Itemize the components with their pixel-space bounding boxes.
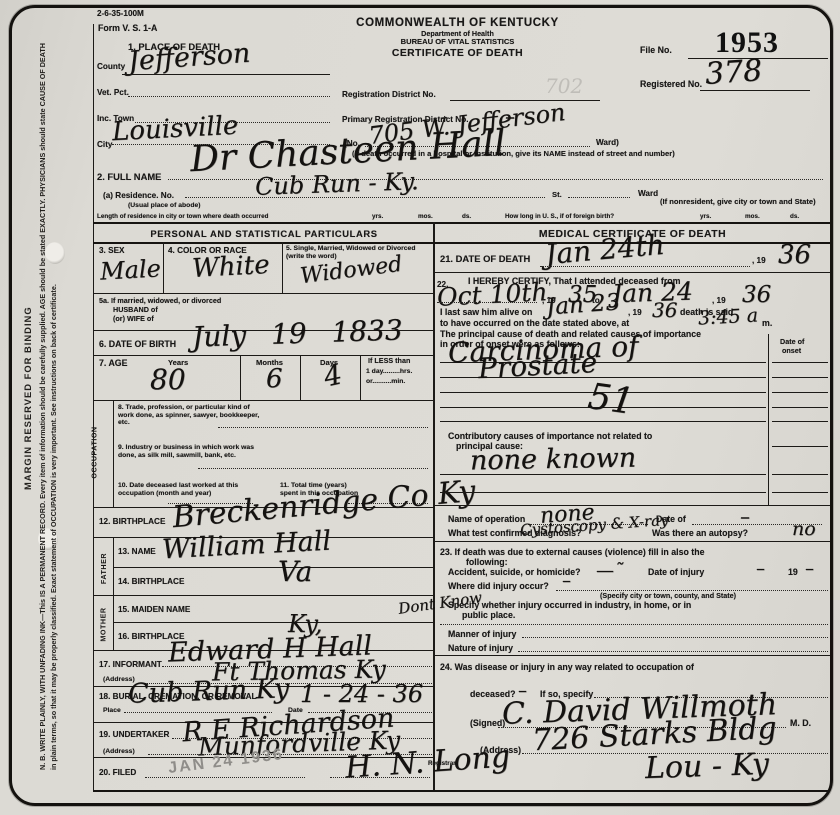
divider: [128, 96, 330, 97]
divider: [113, 400, 114, 507]
st-label: St.: [552, 191, 562, 200]
year-19-label: , 19: [752, 256, 766, 265]
md-label: M. D.: [790, 719, 811, 729]
mother-maiden-label: 15. MAIDEN NAME: [118, 605, 190, 614]
divider: [772, 492, 828, 493]
county-label: County: [97, 62, 125, 71]
m-label: m.: [762, 319, 772, 329]
file-no-label: File No.: [640, 46, 672, 56]
occupation-related-question: 24. Was disease or injury in any way rel…: [440, 663, 694, 673]
if-less-label: If LESS than: [368, 357, 410, 365]
residence-value: Cub Run - Ky.: [255, 169, 419, 199]
father-name-label: 13. NAME: [118, 547, 156, 556]
divider: [437, 302, 537, 303]
divider: [518, 651, 828, 652]
year-19-label: , 19: [712, 296, 726, 305]
divider: [198, 468, 428, 469]
abode-note: (Usual place of abode): [128, 202, 201, 210]
signed-address-label: (Address): [480, 746, 521, 756]
divider: [433, 505, 830, 506]
divider: [360, 355, 361, 400]
divider: [440, 624, 828, 625]
industry-label: 9. Industry or business in which work wa…: [118, 444, 258, 459]
mos-label: mos.: [745, 213, 760, 220]
commonwealth-title: COMMONWEALTH OF KENTUCKY: [340, 17, 575, 30]
registration-district-value-faint: 702: [545, 76, 583, 96]
birthplace-label: 12. BIRTHPLACE: [99, 517, 165, 526]
husband-of-label: HUSBAND of: [113, 306, 158, 314]
registration-district-label: Registration District No.: [342, 90, 436, 99]
mother-vertical-label: MOTHER: [99, 607, 108, 641]
divider: [93, 222, 830, 224]
manner-of-injury-label: Manner of injury: [448, 630, 516, 640]
ward-label: Ward: [638, 189, 658, 198]
informant-label: 17. INFORMANT: [99, 660, 162, 669]
divider: [330, 777, 430, 778]
operation-date-mark: –: [740, 506, 750, 526]
divider: [568, 197, 630, 198]
physician-address-city: Lou - Ky: [645, 750, 770, 784]
divider: [772, 446, 828, 447]
registered-no-value: 378: [704, 56, 763, 90]
nature-of-injury-label: Nature of injury: [448, 644, 513, 654]
where-injury-label: Where did injury occur?: [448, 582, 549, 592]
age-years-value: 80: [150, 366, 186, 394]
divider: [163, 242, 164, 293]
sex-label: 3. SEX: [99, 246, 125, 255]
ds-label: ds.: [790, 213, 799, 220]
divider: [433, 272, 830, 273]
yrs-label: yrs.: [372, 213, 383, 220]
divider: [240, 355, 241, 400]
divider: [772, 421, 828, 422]
last-saw-value: Jan 23: [545, 291, 621, 319]
attended-from-value: Oct 10th: [436, 279, 548, 310]
color-race-value: White: [191, 252, 270, 282]
autopsy-value: no: [792, 520, 816, 539]
burial-place-value: Cub Run Ky: [128, 675, 290, 708]
form-code: 2-6-35-100M: [97, 9, 144, 18]
ds-label: ds.: [462, 213, 471, 220]
divider: [93, 790, 830, 792]
divider: [440, 474, 766, 475]
address-label: (Address): [103, 748, 135, 756]
death-certificate-scan: MARGIN RESERVED FOR BINDING N. B. WRITE …: [0, 0, 840, 815]
husband-of-label: (or) WIFE of: [113, 315, 154, 323]
divider: [145, 777, 305, 778]
if-less-label: or..........min.: [366, 378, 405, 386]
divider: [772, 392, 828, 393]
accident-mark: —˜: [596, 562, 623, 580]
father-birthplace-label: 14. BIRTHPLACE: [118, 577, 184, 586]
undertaker-label: 19. UNDERTAKER: [99, 730, 169, 739]
margin-binding-note: MARGIN RESERVED FOR BINDING: [22, 306, 33, 490]
full-name-label: 2. FULL NAME: [97, 172, 161, 183]
divider: [440, 492, 766, 493]
registrar-label: Registrar: [428, 760, 456, 767]
last-saw-year: 36: [652, 300, 677, 320]
county-value: Jefferson: [127, 40, 251, 75]
divider: [218, 427, 428, 428]
father-birthplace-value: Va: [278, 558, 312, 586]
divider: [113, 622, 433, 623]
sex-value: Male: [99, 256, 161, 283]
death-time-value: 3:45 a: [698, 306, 759, 328]
divider: [93, 595, 433, 596]
how-long-us-label: How long in U. S., if of foreign birth?: [505, 213, 614, 220]
divider: [433, 541, 830, 542]
bureau-subtitle: BUREAU OF VITAL STATISTICS: [340, 38, 575, 47]
specify-whether-text: public place.: [462, 611, 515, 621]
divider: [93, 293, 433, 294]
if-less-label: 1 day.........hrs.: [366, 368, 412, 376]
injury-year-mark: –: [805, 560, 814, 578]
husband-of-label: 5a. If married, widowed, or divorced: [99, 297, 221, 305]
occurred-at-text: to have occurred on the date stated abov…: [440, 319, 629, 329]
filed-label: 20. FILED: [99, 768, 136, 777]
date-of-death-year: 36: [778, 242, 811, 268]
ward-paren: Ward): [596, 138, 619, 147]
operation-label: Name of operation: [448, 515, 525, 525]
age-label: 7. AGE: [99, 359, 128, 369]
divider: [772, 362, 828, 363]
divider: [772, 377, 828, 378]
vet-pct-label: Vet. Pct.: [97, 88, 129, 97]
divider: [772, 474, 828, 475]
divider: [772, 407, 828, 408]
city-label: City: [97, 140, 112, 149]
divider: [113, 537, 114, 595]
length-residence-label: Length of residence in city or town wher…: [97, 213, 268, 220]
divider: [282, 242, 283, 293]
divider: [433, 655, 830, 656]
occupation-vertical-label: OCCUPATION: [90, 426, 99, 478]
where-injury-mark: –: [562, 572, 571, 590]
injury-date-mark: –: [756, 560, 765, 578]
divider: [122, 74, 330, 75]
certificate-title: CERTIFICATE OF DEATH: [340, 48, 575, 60]
date-of-onset-label: Date of: [780, 338, 804, 346]
divider: [768, 334, 769, 505]
father-vertical-label: FATHER: [99, 553, 108, 584]
yrs-label: yrs.: [700, 213, 711, 220]
divider: [300, 355, 301, 400]
nonresident-note: (If nonresident, give city or town and S…: [660, 198, 816, 207]
year-19-label: , 19: [628, 308, 642, 317]
trade-label: 8. Trade, profession, or particular kind…: [118, 404, 263, 427]
form-number: Form V. S. 1-A: [98, 24, 157, 34]
burial-date-value: 1 - 24 - 36: [300, 682, 423, 706]
divider: [700, 90, 810, 91]
divider: [540, 266, 750, 267]
date-of-onset-label: onset: [782, 347, 801, 355]
divider: [450, 100, 600, 101]
divider: [93, 242, 433, 244]
accident-label: Accident, suicide, or homicide?: [448, 568, 580, 578]
personal-section-title: PERSONAL AND STATISTICAL PARTICULARS: [95, 229, 433, 240]
divider: [185, 197, 545, 198]
dob-value: July 19 1833: [192, 316, 404, 351]
specify-city-note: (Specify city or town, county, and State…: [600, 592, 736, 600]
contributory-value: none known: [470, 445, 637, 475]
age-months-value: 6: [266, 366, 283, 392]
residence-label: (a) Residence. No.: [103, 191, 174, 200]
autopsy-label: Was there an autopsy?: [652, 529, 748, 539]
cause-code-value: 51: [586, 379, 636, 421]
injury-19-label: 19: [788, 568, 798, 578]
date-of-injury-label: Date of injury: [648, 568, 704, 578]
registered-no-label: Registered No.: [640, 80, 702, 90]
burial-place-label: Place: [103, 707, 121, 715]
divider: [93, 24, 94, 790]
divider: [93, 400, 433, 401]
divider: [522, 637, 828, 638]
mos-label: mos.: [418, 213, 433, 220]
date-of-death-label: 21. DATE OF DEATH: [440, 254, 530, 265]
last-saw-text: I last saw him alive on: [440, 308, 532, 318]
margin-nb-note: N. B. WRITE PLAINLY, WITH UNFADING INK—T…: [38, 40, 60, 770]
divider: [113, 567, 433, 568]
divider: [440, 421, 766, 422]
dob-label: 6. DATE OF BIRTH: [99, 340, 176, 350]
cause-of-death-line2: Prostate: [477, 349, 598, 383]
